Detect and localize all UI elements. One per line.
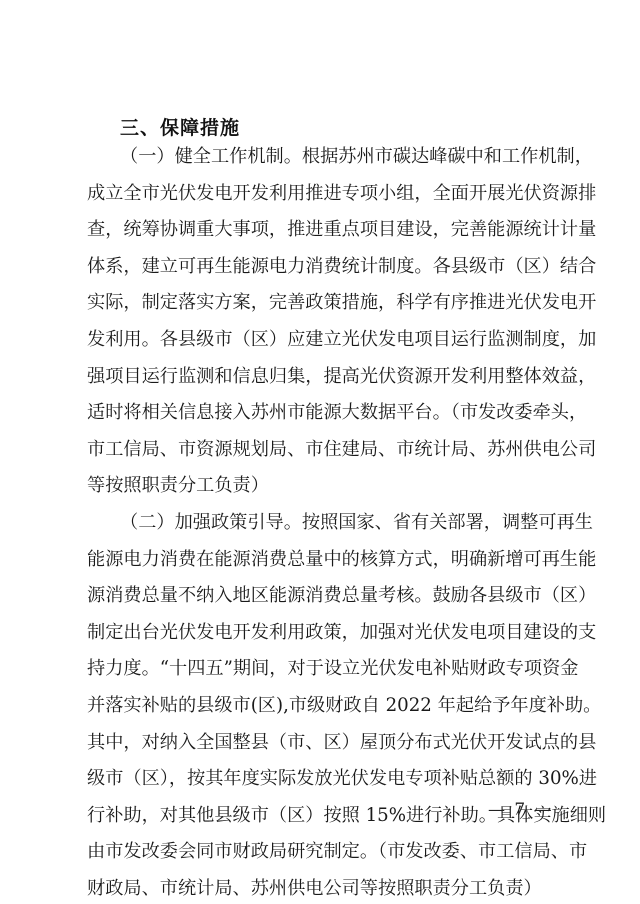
text-line: 并落实补贴的县级市(区),市级财政自 2022 年起给予年度补助。 bbox=[87, 692, 557, 729]
text-line: 强项目运行监测和信息归集，提高光伏资源开发利用整体效益， bbox=[87, 363, 557, 400]
page-number: — 7 — bbox=[488, 800, 554, 820]
body-text: （一）健全工作机制。根据苏州市碳达峰碳中和工作机制，成立全市光伏发电开发利用推进… bbox=[87, 143, 557, 904]
text-line: 发利用。各县级市（区）应建立光伏发电项目运行监测制度，加 bbox=[87, 326, 557, 363]
text-line: 适时将相关信息接入苏州市能源大数据平台。（市发改委牵头， bbox=[87, 399, 557, 436]
text-line: （一）健全工作机制。根据苏州市碳达峰碳中和工作机制， bbox=[87, 143, 557, 180]
text-line: 实际，制定落实方案，完善政策措施，科学有序推进光伏发电开 bbox=[87, 289, 557, 326]
section-heading: 三、保障措施 bbox=[120, 113, 240, 140]
text-line: 其中，对纳入全国整县（市、区）屋顶分布式光伏开发试点的县 bbox=[87, 729, 557, 766]
text-line: 等按照职责分工负责） bbox=[87, 472, 557, 509]
text-line: 市工信局、市资源规划局、市住建局、市统计局、苏州供电公司 bbox=[87, 436, 557, 473]
text-line: 能源电力消费在能源消费总量中的核算方式，明确新增可再生能 bbox=[87, 546, 557, 583]
document-page: 三、保障措施 （一）健全工作机制。根据苏州市碳达峰碳中和工作机制，成立全市光伏发… bbox=[0, 0, 640, 904]
text-line: 由市发改委会同市财政局研究制定。（市发改委、市工信局、市 bbox=[87, 838, 557, 875]
text-line: （二）加强政策引导。按照国家、省有关部署，调整可再生 bbox=[87, 509, 557, 546]
text-line: 查，统筹协调重大事项，推进重点项目建设，完善能源统计计量 bbox=[87, 216, 557, 253]
text-line: 行补助，对其他县级市（区）按照 15%进行补助。具体实施细则 bbox=[87, 802, 557, 839]
text-line: 体系，建立可再生能源电力消费统计制度。各县级市（区）结合 bbox=[87, 253, 557, 290]
text-line: 财政局、市统计局、苏州供电公司等按照职责分工负责） bbox=[87, 875, 557, 904]
text-line: 持力度。“十四五”期间，对于设立光伏发电补贴财政专项资金 bbox=[87, 655, 557, 692]
text-line: 成立全市光伏发电开发利用推进专项小组，全面开展光伏资源排 bbox=[87, 180, 557, 217]
text-line: 级市（区），按其年度实际发放光伏发电专项补贴总额的 30%进 bbox=[87, 765, 557, 802]
text-line: 制定出台光伏发电开发利用政策，加强对光伏发电项目建设的支 bbox=[87, 619, 557, 656]
text-line: 源消费总量不纳入地区能源消费总量考核。鼓励各县级市（区） bbox=[87, 582, 557, 619]
